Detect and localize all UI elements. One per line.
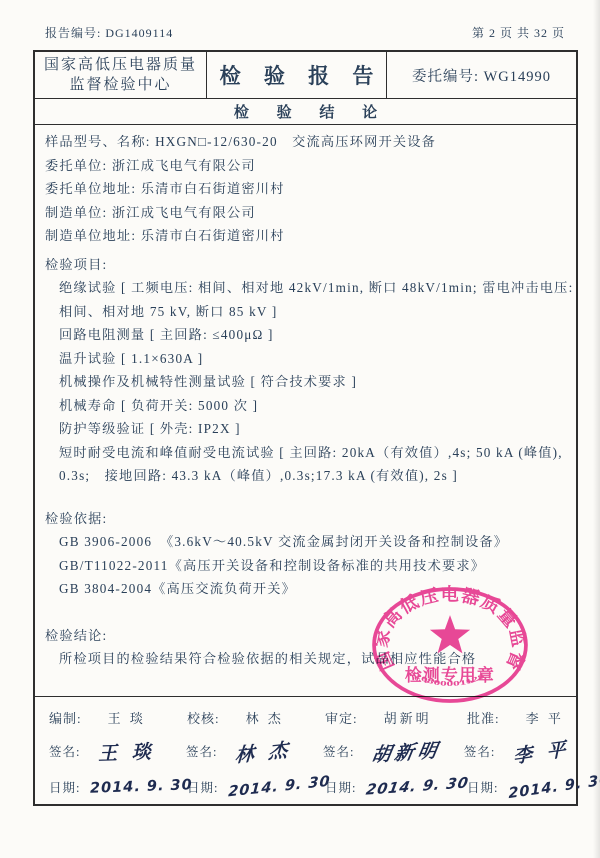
test-item: 相间、相对地 75 kV, 断口 85 kV ] xyxy=(45,300,567,324)
role-examiner: 审定: 胡新明 xyxy=(325,708,467,727)
test-item: 回路电阻测量 [ 主回路: ≤400μΩ ] xyxy=(45,323,567,347)
field-value: 乐清市白石街道密川村 xyxy=(141,181,285,196)
report-number: 报告编号: DG1409114 xyxy=(45,24,173,41)
field-manufacturer-address: 制造单位地址: 乐清市白石街道密川村 xyxy=(45,224,567,248)
date-approver: 日期: 2014. 9. 30 xyxy=(467,778,600,796)
basis-standard: GB 3906-2006 《3.6kV～40.5kV 交流金属封闭开关设备和控制… xyxy=(45,530,567,554)
signature-approver: 签名: 李 平 xyxy=(464,738,570,765)
field-label: 样品型号、名称: xyxy=(45,134,151,149)
role-label: 编制: xyxy=(49,708,82,727)
basis-standard: GB 3804-2004《高压交流负荷开关》 xyxy=(45,577,567,601)
document-title-cell: 检 验 报 告 xyxy=(207,52,387,98)
conclusion-heading: 检验结论: xyxy=(45,624,567,648)
report-table: 国家高低压电器质量 监督检验中心 检 验 报 告 委托编号: WG14990 检… xyxy=(33,50,578,806)
org-name-cell: 国家高低压电器质量 监督检验中心 xyxy=(35,52,207,98)
field-value: 浙江成飞电气有限公司 xyxy=(112,205,256,220)
test-item: 短时耐受电流和峰值耐受电流试验 [ 主回路: 20kA（有效值）,4s; 50 … xyxy=(45,441,567,465)
field-client: 委托单位: 浙江成飞电气有限公司 xyxy=(45,154,567,178)
commission-number-cell: 委托编号: WG14990 xyxy=(387,52,576,98)
field-label: 制造单位地址: xyxy=(45,228,136,243)
field-label: 制造单位: xyxy=(45,205,107,220)
handwritten-signature: 李 平 xyxy=(513,733,570,768)
items-heading: 检验项目: xyxy=(45,253,567,277)
handwritten-signature: 胡新明 xyxy=(370,735,444,767)
test-item: 0.3s; 接地回路: 43.3 kA（峰值）,0.3s;17.3 kA (有效… xyxy=(45,464,567,488)
signature-label: 签名: xyxy=(49,742,80,760)
document-title: 检 验 报 告 xyxy=(211,60,383,90)
report-number-label: 报告编号: xyxy=(45,26,101,40)
signature-compiler: 签名: 王 琰 xyxy=(49,738,186,765)
test-item: 温升试验 [ 1.1×630A ] xyxy=(45,347,567,371)
role-name: 林 杰 xyxy=(246,708,284,727)
handwritten-date: 2014. 9. 30 xyxy=(509,772,600,802)
handwritten-date: 2014. 9. 30 xyxy=(365,775,470,798)
field-label: 委托单位地址: xyxy=(45,181,136,196)
role-compiler: 编制: 王 琰 xyxy=(49,708,187,727)
signature-label: 签名: xyxy=(186,742,217,760)
test-item: 防护等级验证 [ 外壳: IP2X ] xyxy=(45,417,567,441)
report-number-value: DG1409114 xyxy=(105,26,173,40)
date-label: 日期: xyxy=(467,778,498,796)
role-name: 王 琰 xyxy=(108,708,146,727)
org-name-line2: 监督检验中心 xyxy=(69,75,171,95)
test-item: 机械寿命 [ 负荷开关: 5000 次 ] xyxy=(45,394,567,418)
commission-number: 委托编号: WG14990 xyxy=(412,65,551,86)
role-checker: 校核: 林 杰 xyxy=(187,708,325,727)
handwritten-signature: 林 杰 xyxy=(235,734,293,767)
signature-checker: 签名: 林 杰 xyxy=(186,738,323,765)
page-indicator: 第 2 页 共 32 页 xyxy=(472,24,565,41)
field-value: 浙江成飞电气有限公司 xyxy=(112,158,256,173)
role-approver: 批准: 李 平 xyxy=(467,708,570,727)
role-name: 胡新明 xyxy=(384,708,432,727)
report-header-row: 国家高低压电器质量 监督检验中心 检 验 报 告 委托编号: WG14990 xyxy=(35,52,576,99)
field-value: 乐清市白石街道密川村 xyxy=(141,228,285,243)
date-examiner: 日期: 2014. 9. 30 xyxy=(325,778,467,796)
role-label: 批准: xyxy=(467,708,500,727)
handwritten-date: 2014. 9. 30 xyxy=(228,774,331,801)
section-title-row: 检 验 结 论 xyxy=(35,99,576,125)
scanned-inspection-report-page: { "meta": { "report_no_label": "报告编号:", … xyxy=(0,0,600,858)
field-value: HXGN□-12/630-20 交流高压环网开关设备 xyxy=(155,134,436,149)
test-item: 绝缘试验 [ 工频电压: 相间、相对地 42kV/1min, 断口 48kV/1… xyxy=(45,276,567,300)
date-checker: 日期: 2014. 9. 30 xyxy=(187,778,325,796)
field-manufacturer: 制造单位: 浙江成飞电气有限公司 xyxy=(45,201,567,225)
field-sample-model: 样品型号、名称: HXGN□-12/630-20 交流高压环网开关设备 xyxy=(45,130,567,154)
handwritten-date: 2014. 9. 30 xyxy=(90,777,193,797)
report-body: 样品型号、名称: HXGN□-12/630-20 交流高压环网开关设备 委托单位… xyxy=(35,125,576,696)
role-label: 校核: xyxy=(187,708,220,727)
approval-block: 编制: 王 琰 校核: 林 杰 审定: 胡新明 批准: 李 平 签名: 王 琰 xyxy=(35,696,576,804)
approval-dates-row: 日期: 2014. 9. 30 日期: 2014. 9. 30 日期: 2014… xyxy=(49,771,570,803)
conclusion-text: 所检项目的检验结果符合检验依据的相关规定，试品相应性能合格 xyxy=(45,647,567,671)
basis-heading: 检验依据: xyxy=(45,507,567,531)
org-name-line1: 国家高低压电器质量 xyxy=(44,55,197,75)
test-item: 机械操作及机械特性测量试验 [ 符合技术要求 ] xyxy=(45,370,567,394)
approval-roles-row: 编制: 王 琰 校核: 林 杰 审定: 胡新明 批准: 李 平 xyxy=(49,703,570,731)
field-label: 委托单位: xyxy=(45,158,107,173)
signature-examiner: 签名: 胡新明 xyxy=(323,738,464,765)
basis-standard: GB/T11022-2011《高压开关设备和控制设备标准的共用技术要求》 xyxy=(45,554,567,578)
field-client-address: 委托单位地址: 乐清市白石街道密川村 xyxy=(45,177,567,201)
section-title: 检 验 结 论 xyxy=(222,101,389,122)
role-label: 审定: xyxy=(325,708,358,727)
date-label: 日期: xyxy=(49,778,80,796)
handwritten-signature: 王 琰 xyxy=(98,737,156,766)
signature-label: 签名: xyxy=(323,742,354,760)
page-meta-row: 报告编号: DG1409114 第 2 页 共 32 页 xyxy=(45,24,565,41)
role-name: 李 平 xyxy=(526,708,564,727)
approval-signatures-row: 签名: 王 琰 签名: 林 杰 签名: 胡新明 签名: 李 平 xyxy=(49,731,570,771)
scan-edge-shadow xyxy=(593,0,600,858)
signature-label: 签名: xyxy=(464,742,495,760)
date-compiler: 日期: 2014. 9. 30 xyxy=(49,778,187,796)
